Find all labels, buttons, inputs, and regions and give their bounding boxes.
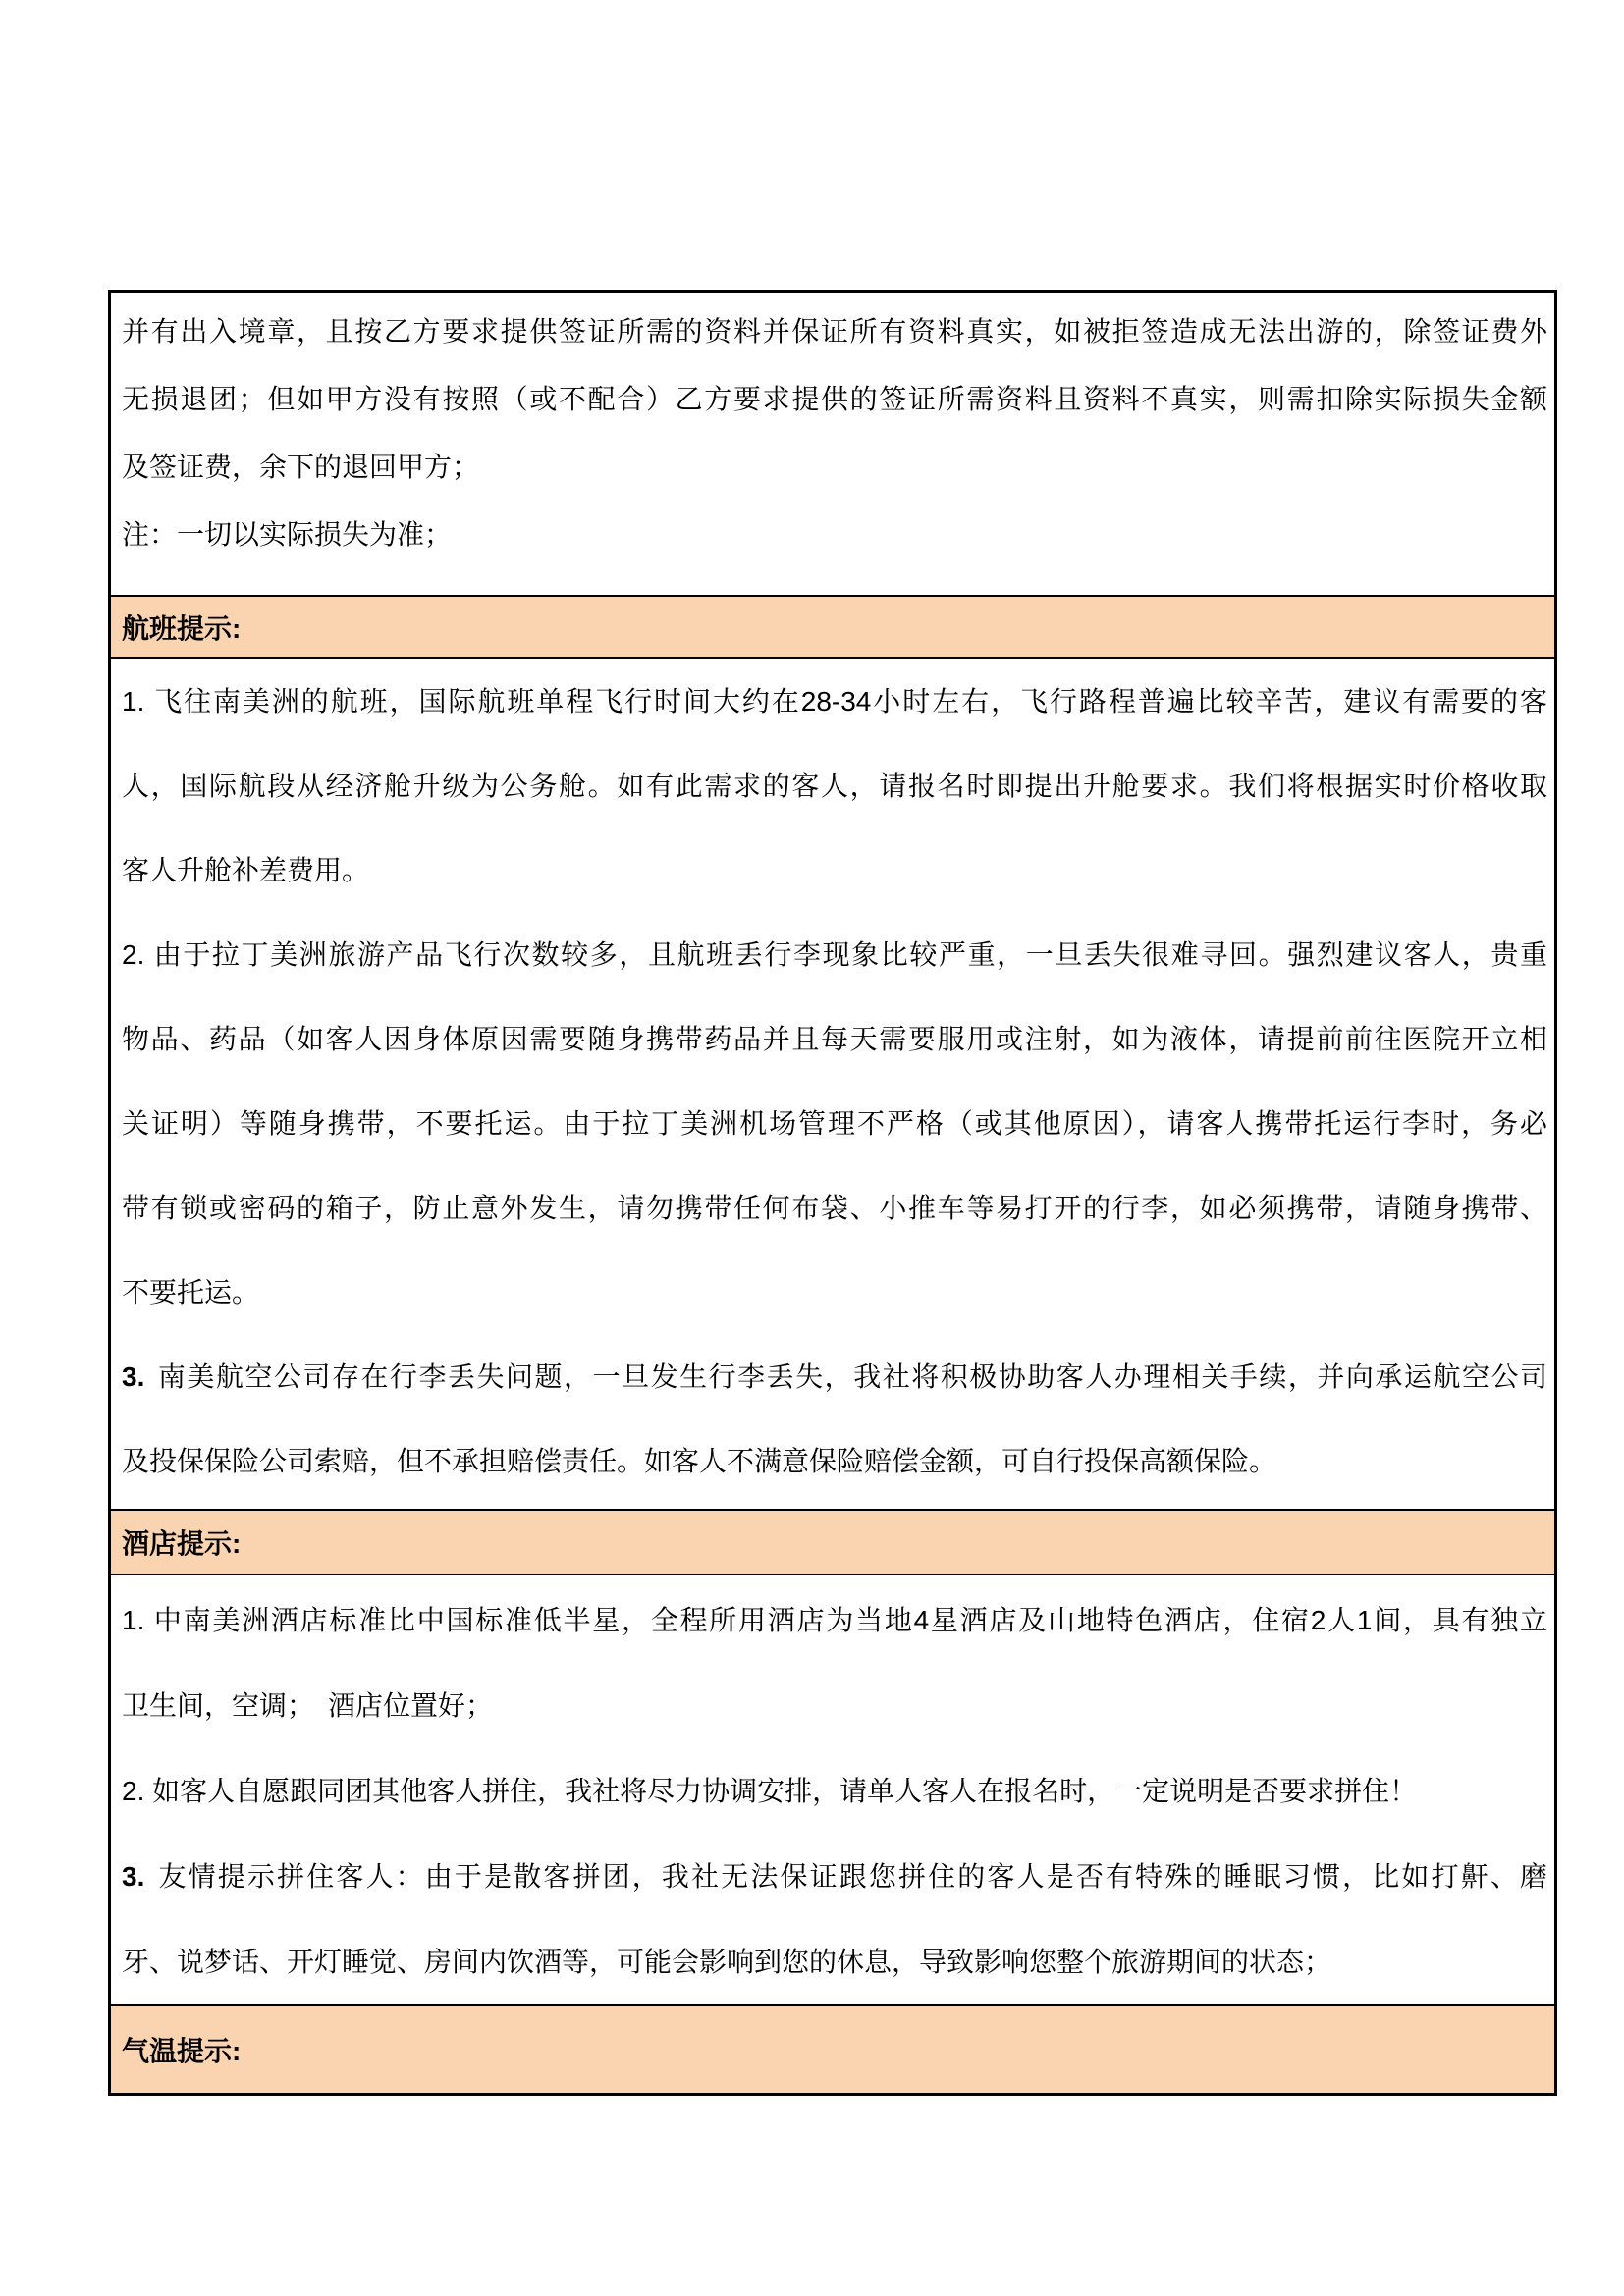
text-segment: 友情提示拼住客人：由于是散客拼团，我社无法保证跟您拼住的客人是否有特殊的睡眠习惯… <box>156 1861 1547 1892</box>
hotel-tips-cell: 1. 中南美洲酒店标准比中国标准低半星，全程所用酒店为当地4星酒店及山地特色酒店… <box>111 1574 1554 2004</box>
document-page: { "colors": { "header_bg": "#FAD3B1", "b… <box>0 0 1624 2296</box>
temperature-tips-header: 气温提示: <box>111 2004 1554 2093</box>
text-line: 牙、说梦话、开灯睡觉、房间内饮酒等，可能会影响到您的休息，导致影响您整个旅游期间… <box>122 1919 1547 2004</box>
text-line: 及投保保险公司索赔，但不承担赔偿责任。如客人不满意保险赔偿金额，可自行投保高额保… <box>122 1419 1547 1504</box>
list-number-bold: 3. <box>122 1861 144 1892</box>
text-line: 注：一切以实际损失为准； <box>122 501 1547 568</box>
text-line: 1. 飞往南美洲的航班，国际航班单程飞行时间大约在28-34小时左右，飞行路程普… <box>122 660 1547 744</box>
notice-table: 并有出入境章，且按乙方要求提供签证所需的资料并保证所有资料真实，如被拒签造成无法… <box>108 290 1557 2096</box>
text-segment: 南美航空公司存在行李丢失问题，一旦发生行李丢失，我社将积极协助客人办理相关手续，… <box>156 1362 1547 1392</box>
visa-notes-cell: 并有出入境章，且按乙方要求提供签证所需的资料并保证所有资料真实，如被拒签造成无法… <box>111 293 1554 595</box>
hotel-tips-header: 酒店提示: <box>111 1509 1554 1574</box>
text-line: 客人升舱补差费用。 <box>122 828 1547 913</box>
header-label: 航班提示: <box>122 608 241 647</box>
text-line: 3.南美航空公司存在行李丢失问题，一旦发生行李丢失，我社将积极协助客人办理相关手… <box>122 1335 1547 1419</box>
text-line: 及签证费，余下的退回甲方； <box>122 433 1547 501</box>
text-line: 物品、药品（如客人因身体原因需要随身携带药品并且每天需要服用或注射，如为液体，请… <box>122 997 1547 1082</box>
text-line: 1. 中南美洲酒店标准比中国标准低半星，全程所用酒店为当地4星酒店及山地特色酒店… <box>122 1577 1547 1663</box>
header-label: 气温提示: <box>122 2030 241 2069</box>
text-line: 2. 如客人自愿跟同团其他客人拼住，我社将尽力协调安排，请单人客人在报名时，一定… <box>122 1748 1547 1834</box>
flight-tips-header: 航班提示: <box>111 595 1554 657</box>
text-line: 2. 由于拉丁美洲旅游产品飞行次数较多，且航班丢行李现象比较严重，一旦丢失很难寻… <box>122 913 1547 997</box>
text-line: 3.友情提示拼住客人：由于是散客拼团，我社无法保证跟您拼住的客人是否有特殊的睡眠… <box>122 1834 1547 1919</box>
text-line: 并有出入境章，且按乙方要求提供签证所需的资料并保证所有资料真实，如被拒签造成无法… <box>122 297 1547 365</box>
text-line: 卫生间，空调； 酒店位置好； <box>122 1663 1547 1748</box>
header-label: 酒店提示: <box>122 1522 241 1562</box>
flight-tips-cell: 1. 飞往南美洲的航班，国际航班单程飞行时间大约在28-34小时左右，飞行路程普… <box>111 657 1554 1509</box>
text-line: 不要托运。 <box>122 1251 1547 1335</box>
list-number-bold: 3. <box>122 1362 144 1392</box>
text-line: 关证明）等随身携带，不要托运。由于拉丁美洲机场管理不严格（或其他原因），请客人携… <box>122 1082 1547 1166</box>
text-line: 带有锁或密码的箱子，防止意外发生，请勿携带任何布袋、小推车等易打开的行李，如必须… <box>122 1166 1547 1251</box>
text-line: 人，国际航段从经济舱升级为公务舱。如有此需求的客人，请报名时即提出升舱要求。我们… <box>122 744 1547 828</box>
text-line: 无损退团；但如甲方没有按照（或不配合）乙方要求提供的签证所需资料且资料不真实，则… <box>122 365 1547 433</box>
